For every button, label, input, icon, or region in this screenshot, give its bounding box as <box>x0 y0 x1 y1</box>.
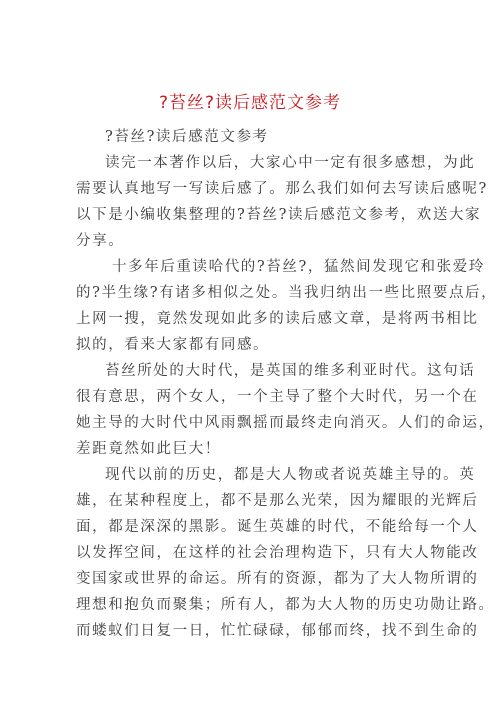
paragraph-line: 读完一本著作以后，大家心中一定有很多感想，为此 <box>76 150 448 176</box>
document-title: ?苔丝?读后感范文参考 <box>0 88 500 113</box>
paragraph-line: 需要认真地写一写读后感了。那么我们如何去写读后感呢? <box>76 176 448 202</box>
paragraph-line: 变国家或世界的命运。所有的资源，都为了大人物所谓的 <box>76 566 448 592</box>
paragraph-line: 她主导的大时代中风雨飘摇而最终走向消灭。人们的命运， <box>76 410 448 436</box>
document-body: ?苔丝?读后感范文参考 读完一本著作以后，大家心中一定有很多感想，为此 需要认真… <box>76 124 448 644</box>
paragraph-line: 十多年后重读哈代的?苔丝?，猛然间发现它和张爱玲 <box>76 254 448 280</box>
paragraph-line: 而蝼蚁们日复一日，忙忙碌碌，郁郁而终，找不到生命的 <box>76 618 448 644</box>
paragraph-line: 理想和抱负而聚集；所有人，都为大人物的历史功勋让路。 <box>76 592 448 618</box>
paragraph-line: 雄，在某种程度上，都不是那么光荣，因为耀眼的光辉后 <box>76 488 448 514</box>
paragraph-line: 面，都是深深的黑影。诞生英雄的时代，不能给每一个人 <box>76 514 448 540</box>
paragraph-line: 差距竟然如此巨大！ <box>76 436 448 462</box>
subtitle-line: ?苔丝?读后感范文参考 <box>76 124 448 150</box>
paragraph-line: 以下是小编收集整理的?苔丝?读后感范文参考，欢送大家 <box>76 202 448 228</box>
paragraph-line: 上网一搜，竟然发现如此多的读后感文章，是将两书相比 <box>76 306 448 332</box>
paragraph-line: 拟的，看来大家都有同感。 <box>76 332 448 358</box>
paragraph-line: 以发挥空间，在这样的社会治理构造下，只有大人物能改 <box>76 540 448 566</box>
paragraph-line: 苔丝所处的大时代，是英国的维多利亚时代。这句话 <box>76 358 448 384</box>
paragraph-line: 分享。 <box>76 228 448 254</box>
paragraph-line: 现代以前的历史，都是大人物或者说英雄主导的。英 <box>76 462 448 488</box>
paragraph-line: 很有意思，两个女人，一个主导了整个大时代，另一个在 <box>76 384 448 410</box>
paragraph-line: 的?半生缘?有诸多相似之处。当我归纳出一些比照要点后， <box>76 280 448 306</box>
